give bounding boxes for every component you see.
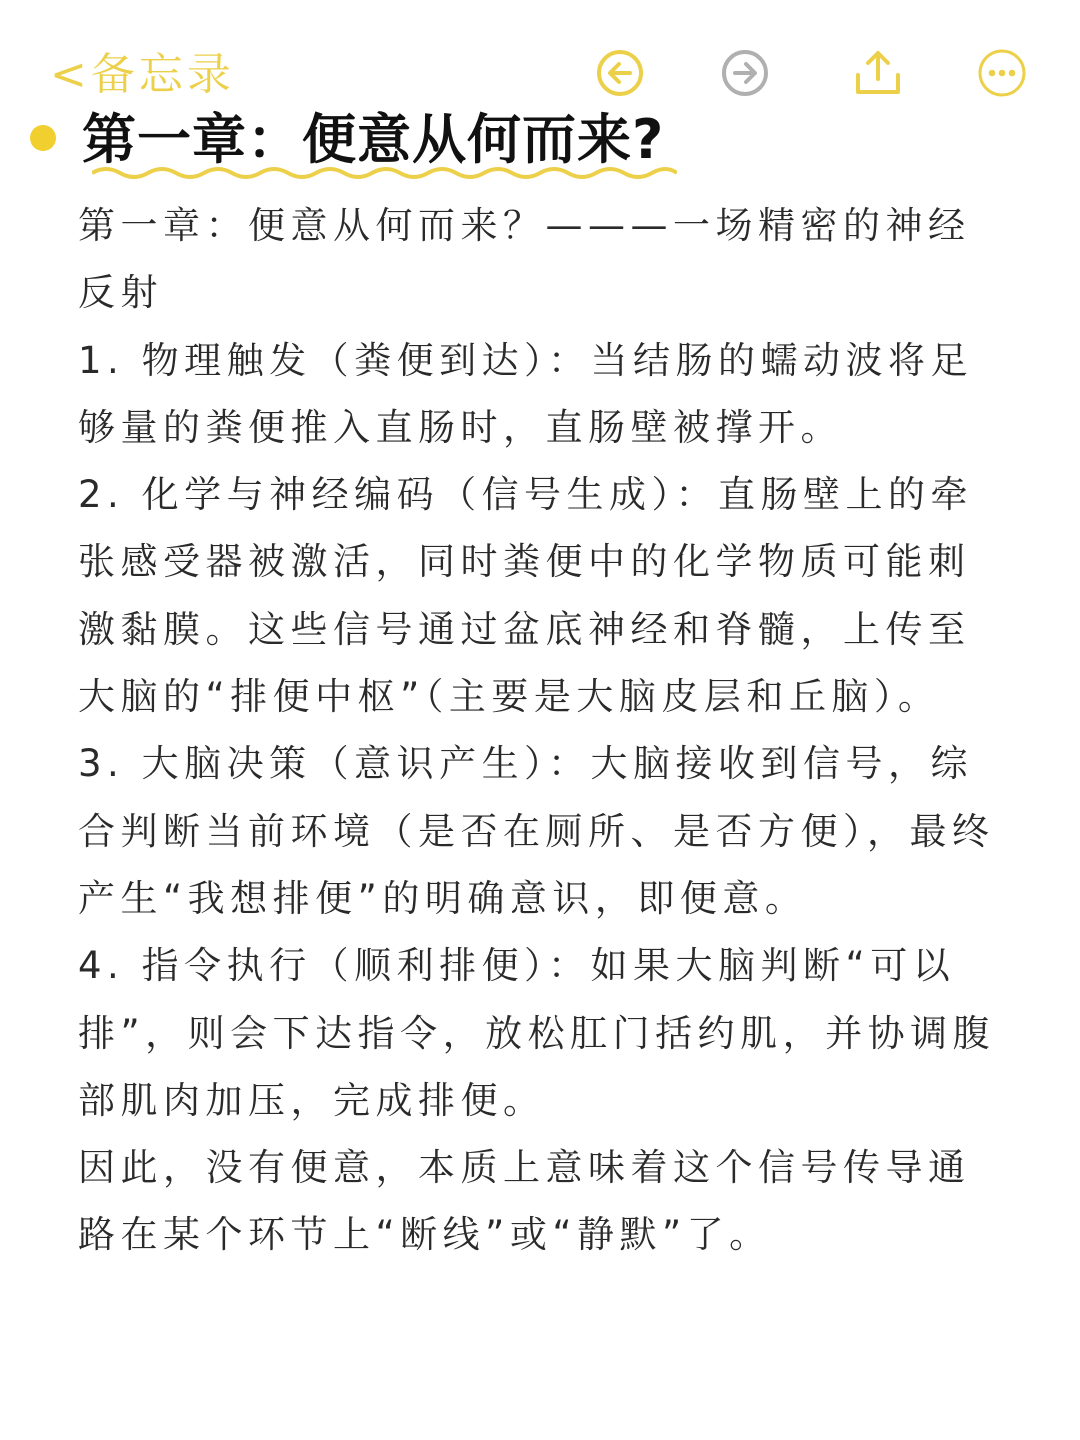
note-toolbar: <备忘录 xyxy=(0,40,1080,110)
paragraph-step-2: 2. 化学与神经编码（信号生成）：直肠壁上的牵张感受器被激活，同时粪便中的化学物… xyxy=(78,461,1008,730)
bullet-dot xyxy=(30,125,56,151)
wavy-underline xyxy=(92,163,677,183)
more-circle-icon[interactable] xyxy=(974,45,1030,101)
undo-circle-icon[interactable] xyxy=(592,45,648,101)
paragraph-intro: 第一章：便意从何而来？———一场精密的神经反射 xyxy=(78,192,1008,327)
paragraph-step-3: 3. 大脑决策（意识产生）：大脑接收到信号，综合判断当前环境（是否在厕所、是否方… xyxy=(78,730,1008,932)
paragraph-step-1: 1. 物理触发（粪便到达）：当结肠的蠕动波将足够量的粪便推入直肠时，直肠壁被撑开… xyxy=(78,327,1008,462)
paragraph-step-4: 4. 指令执行（顺利排便）：如果大脑判断“可以排”，则会下达指令，放松肛门括约肌… xyxy=(78,932,1008,1134)
back-button[interactable]: <备忘录 xyxy=(50,48,235,102)
note-body[interactable]: 第一章：便意从何而来？———一场精密的神经反射 1. 物理触发（粪便到达）：当结… xyxy=(78,192,1008,1269)
redo-circle-icon[interactable] xyxy=(717,45,773,101)
paragraph-conclusion: 因此，没有便意，本质上意味着这个信号传导通路在某个环节上“断线”或“静默”了。 xyxy=(78,1134,1008,1269)
heading-block: 第一章：便意从何而来? xyxy=(0,105,1080,185)
share-icon[interactable] xyxy=(850,45,906,101)
